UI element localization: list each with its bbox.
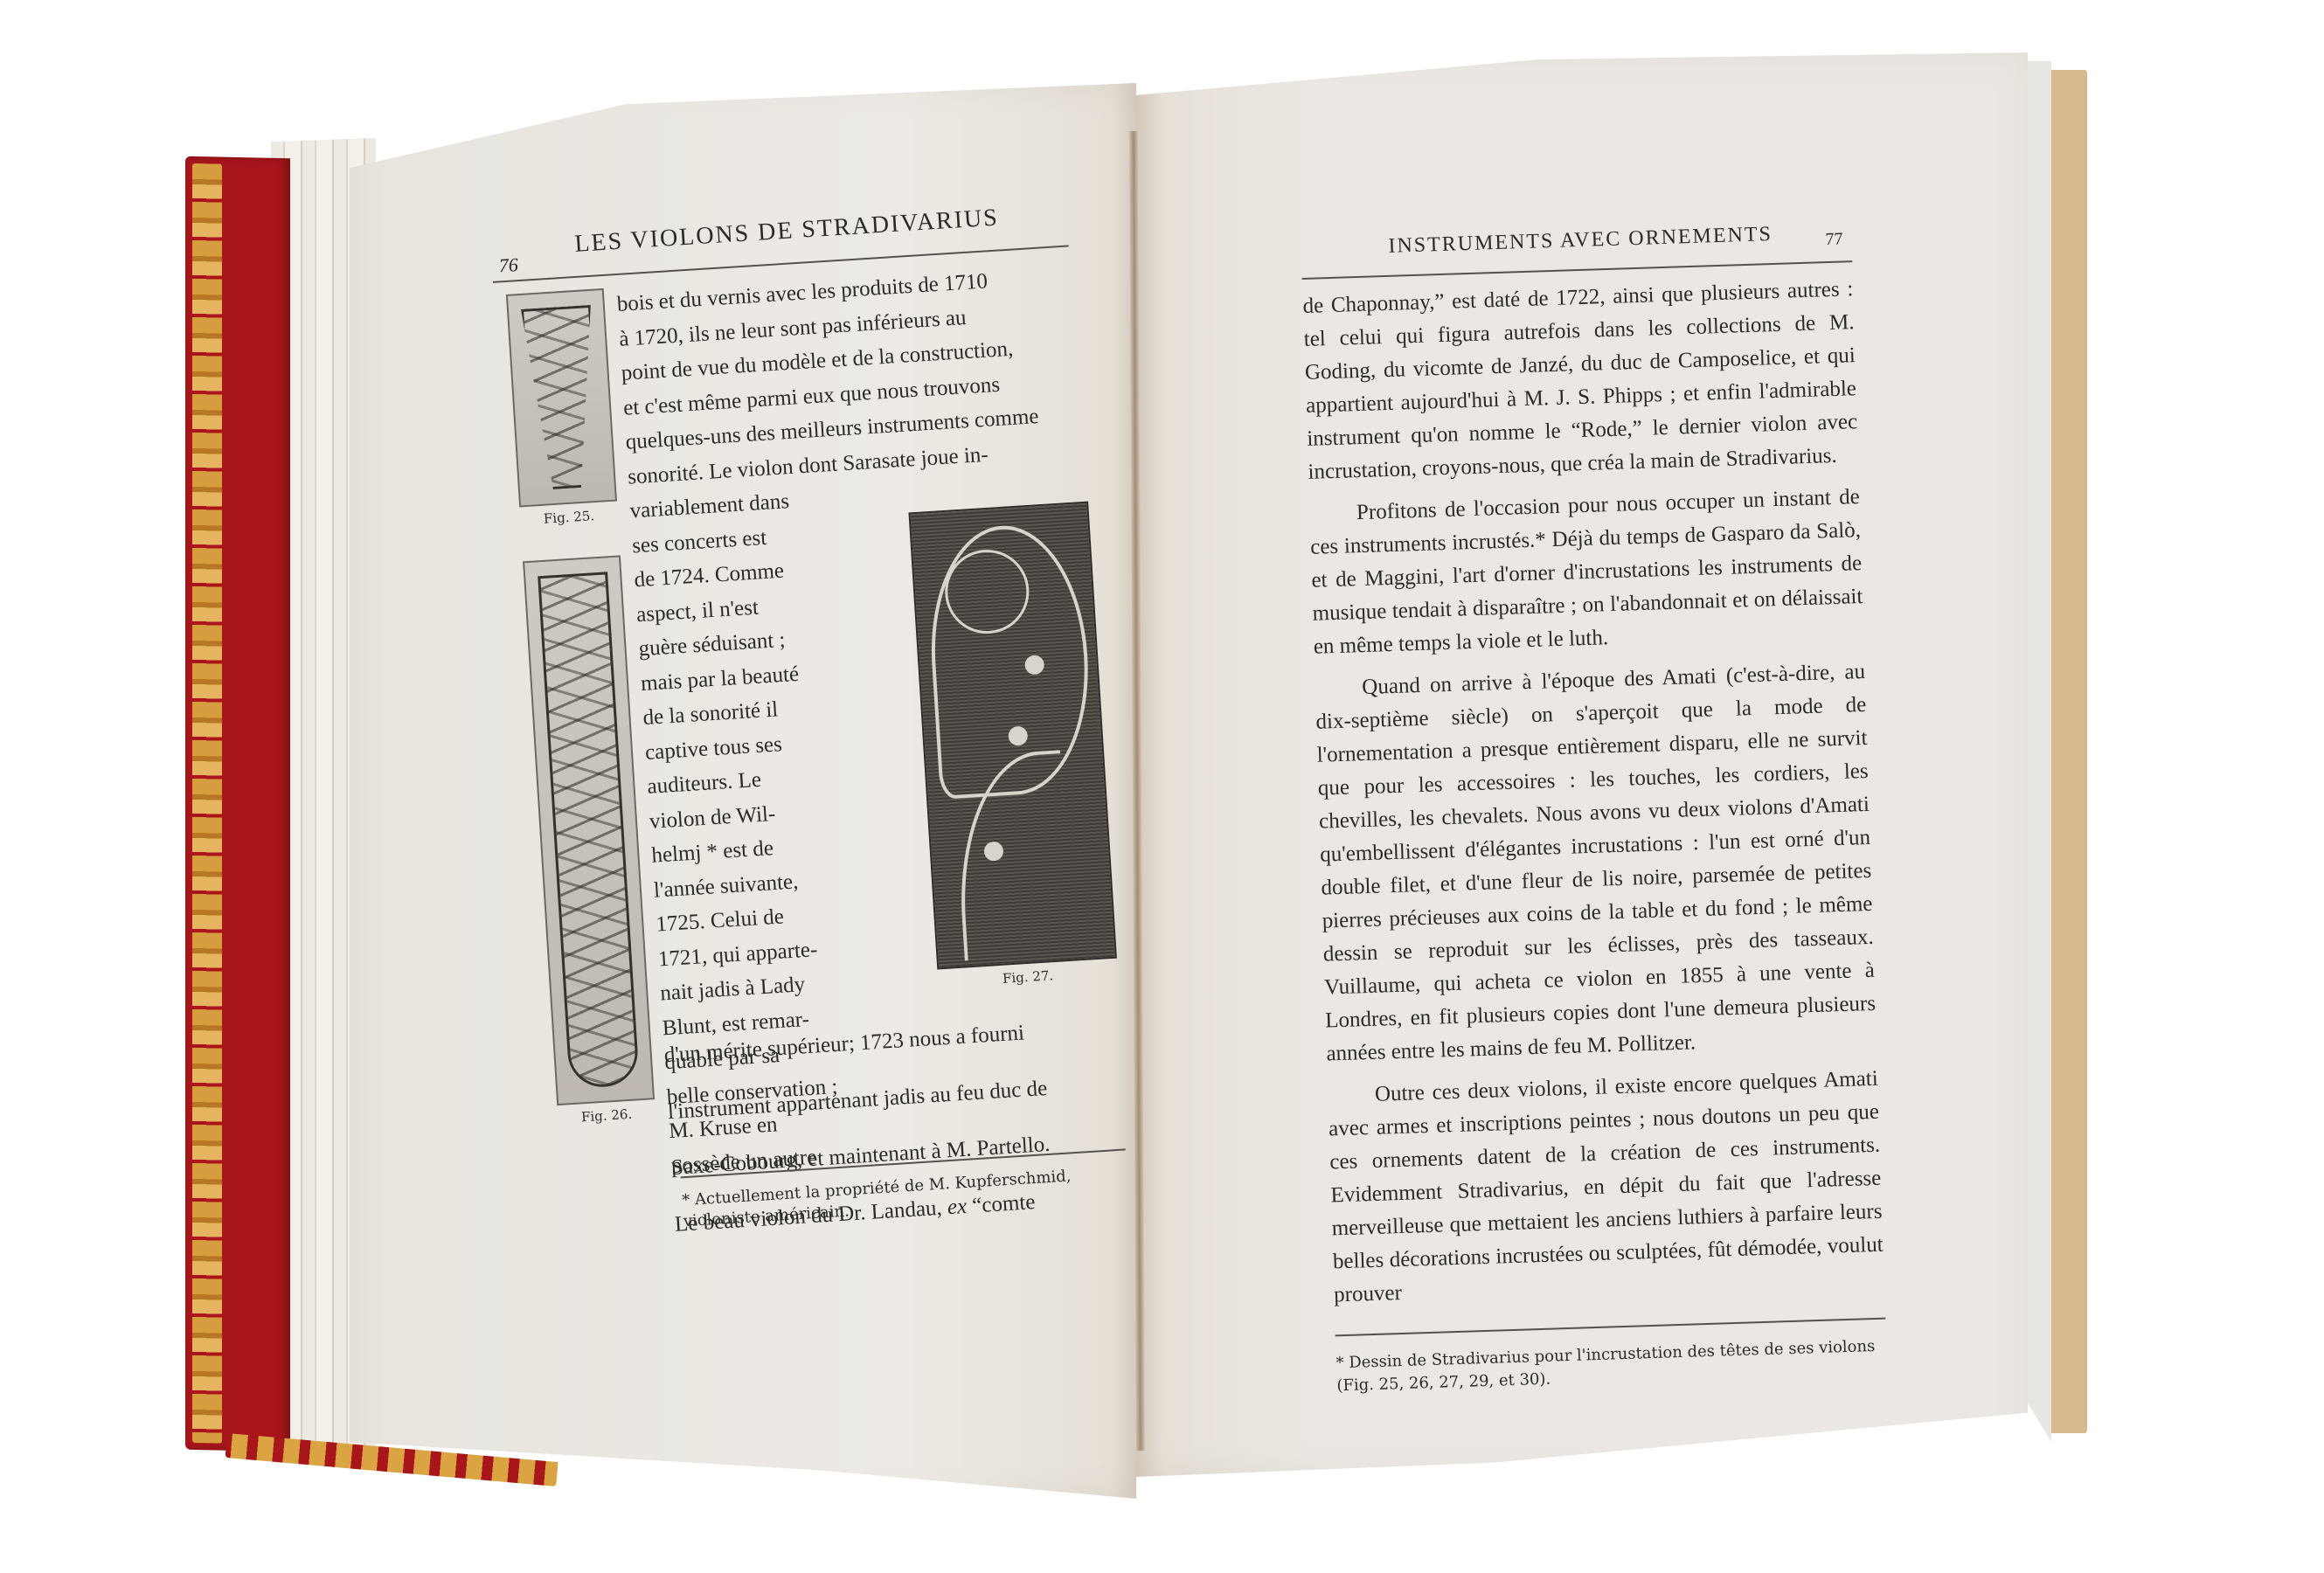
paragraph: Quand on arrive à l'époque des Amati (c'… (1315, 655, 1877, 1071)
paragraph: Profitons de l'occasion pour nous occupe… (1308, 481, 1864, 664)
paragraph: de Chaponnay,” est daté de 1722, ainsi q… (1302, 273, 1859, 489)
gold-tooling-border (192, 163, 222, 1444)
text-line: l'instrument appartenant jadis au feu du… (667, 1066, 1122, 1129)
page-number-left: 76 (498, 253, 519, 277)
figure-27: Fig. 27. (908, 502, 1118, 991)
figure-25-caption: Fig. 25. (520, 506, 619, 528)
footnote-rule-right (1335, 1318, 1886, 1337)
right-page-body: de Chaponnay,” est daté de 1722, ainsi q… (1302, 273, 1884, 1312)
right-page-content: INSTRUMENTS AVEC ORNEMENTS 77 de Chaponn… (1301, 217, 1888, 1397)
red-leather-cover (185, 156, 290, 1452)
right-page-stack (2026, 61, 2051, 1442)
tailpiece-ornament-icon (538, 572, 640, 1089)
figure-27-image (908, 502, 1116, 970)
text-line: d'un mérite supérieur; 1723 nous a fourn… (663, 1010, 1119, 1073)
right-cover-board (2049, 70, 2087, 1433)
fingerboard-ornament-icon (521, 305, 602, 491)
paragraph: Outre ces deux violons, il existe encore… (1327, 1063, 1884, 1313)
page-number-right: 77 (1825, 230, 1843, 251)
figure-25-image (506, 288, 617, 508)
